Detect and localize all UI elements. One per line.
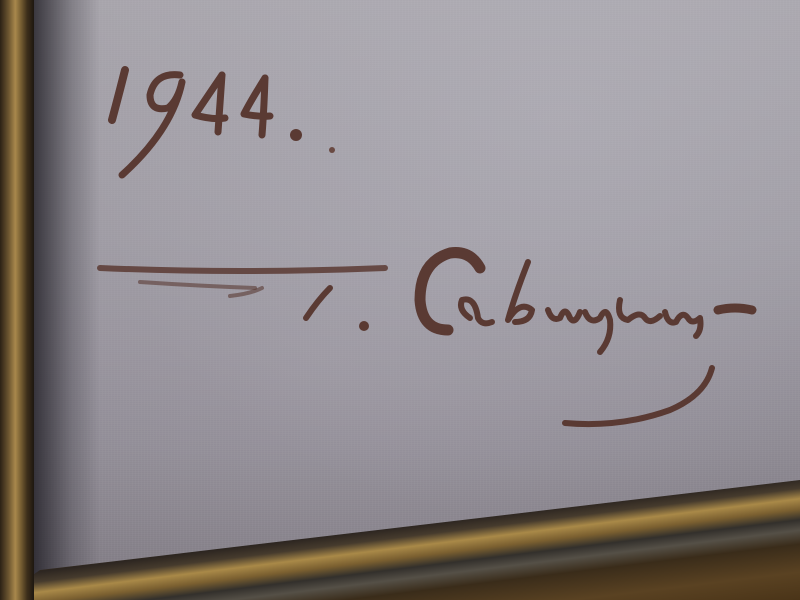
signature-flourish-lines bbox=[100, 268, 385, 296]
signature bbox=[306, 253, 752, 425]
frame-left-molding bbox=[0, 0, 34, 600]
photo-scene: 1944. Г. Савицкий bbox=[0, 0, 800, 600]
date-inscription bbox=[112, 70, 335, 175]
